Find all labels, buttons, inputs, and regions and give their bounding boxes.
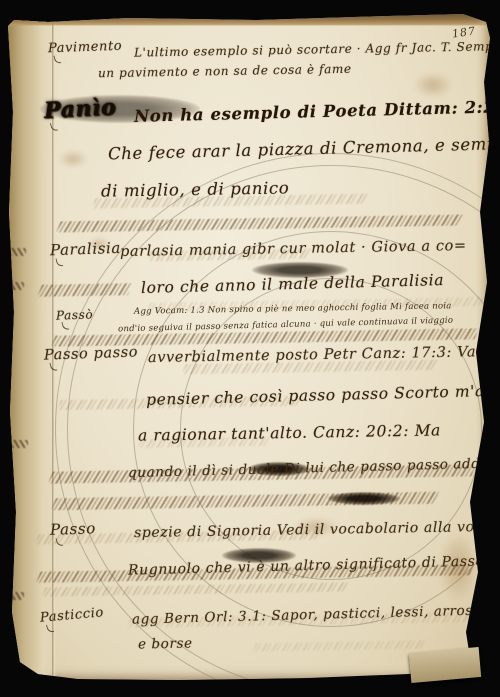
ink-bleedthrough: [37, 283, 133, 297]
paper-stain: [58, 150, 88, 168]
headword-passo-passo: Passo passo: [44, 344, 139, 363]
gutter-ink-mark: [12, 440, 28, 448]
underlying-page-edge: [409, 647, 481, 683]
ink-blot: [328, 492, 400, 505]
gutter-ink-mark: [10, 248, 26, 256]
gutter-ink-mark: [8, 592, 24, 600]
photo-background: 187 Pavimento L'ultimo esemplo si può sc…: [0, 0, 500, 697]
headword-panio: Panìo: [43, 94, 116, 124]
paper-stain: [413, 72, 453, 98]
headword-pavimento: Pavimento: [48, 39, 123, 57]
manuscript-page: 187 Pavimento L'ultimo esemplo si può sc…: [8, 12, 492, 680]
entry-line: di miglio, e di panico: [101, 178, 290, 200]
headword-paralisia: Paralisia: [50, 239, 122, 259]
gutter-ink-mark: [8, 282, 24, 290]
entry-line: un pavimento e non sa de cosa è fame: [98, 62, 352, 80]
entry-line: e borse: [138, 636, 193, 653]
page-top-edge: [8, 12, 492, 26]
headword-passo-accent: Passò: [56, 307, 94, 322]
headword-passo: Passo: [50, 519, 96, 539]
entry-line: L'ultimo esemplo si può scortare · Agg f…: [134, 38, 500, 59]
page-number: 187: [451, 24, 477, 40]
